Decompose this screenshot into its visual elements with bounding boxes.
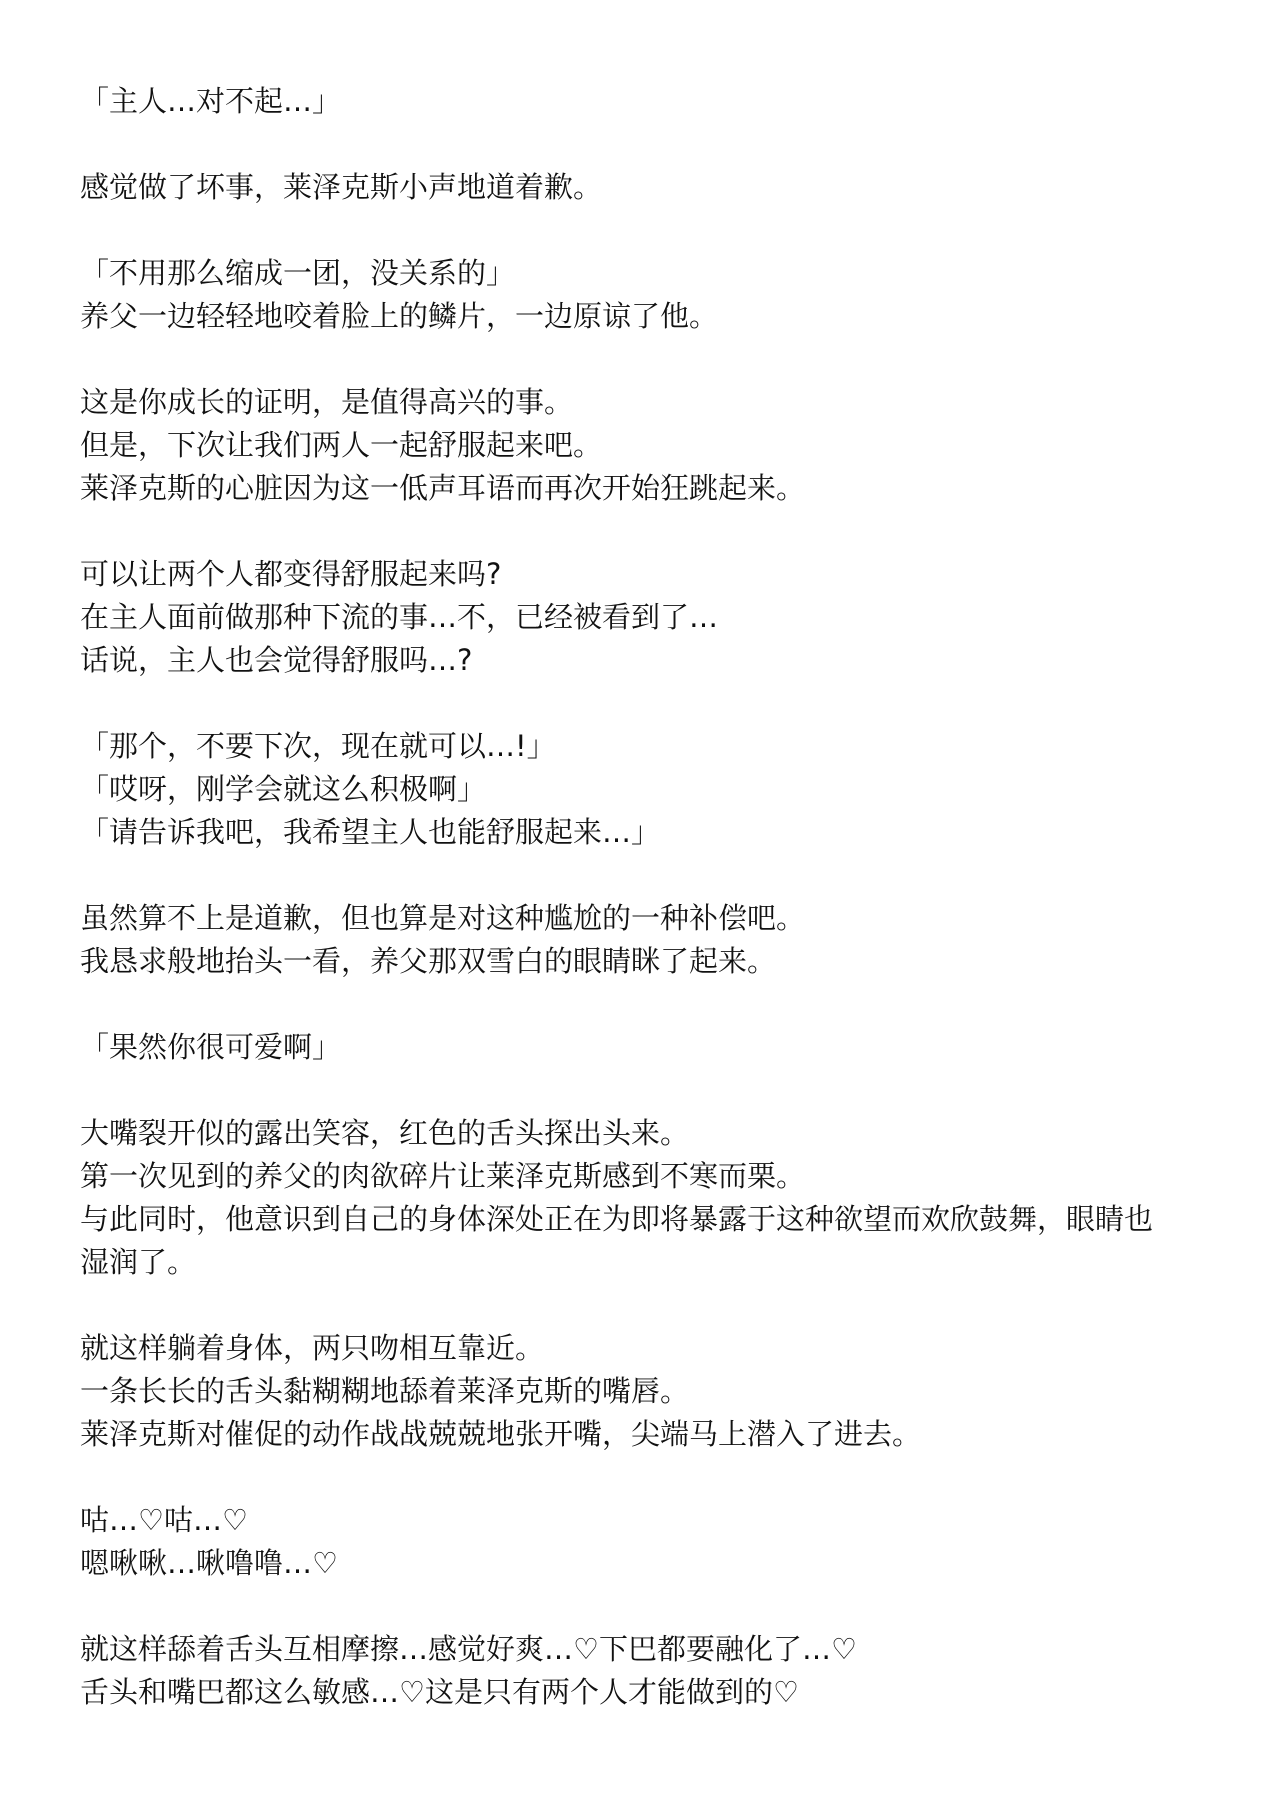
text-line: 莱泽克斯的心脏因为这一低声耳语而再次开始狂跳起来。 [80, 467, 1220, 510]
text-line: 感觉做了坏事，莱泽克斯小声地道着歉。 [80, 166, 1220, 209]
text-line: 湿润了。 [80, 1241, 1220, 1284]
dialogue-line: 「哎呀，刚学会就这么积极啊」 [80, 768, 1220, 811]
blank-line [80, 854, 1220, 897]
blank-line [80, 209, 1220, 252]
text-line: 「主人…对不起…」 [80, 80, 1220, 123]
text-line: 与此同时，他意识到自己的身体深处正在为即将暴露于这种欲望而欢欣鼓舞，眼睛也 [80, 1198, 1220, 1241]
text-line: 嗯啾啾…啾噜噜…♡ [80, 1542, 1220, 1585]
blank-line [80, 123, 1220, 166]
text-line: 咕…♡咕…♡ [80, 1499, 1220, 1542]
blank-line [80, 682, 1220, 725]
text-line: 舌头和嘴巴都这么敏感…♡这是只有两个人才能做到的♡ [80, 1671, 1220, 1714]
dialogue-line: 「那个，不要下次，现在就可以…!」 [80, 725, 1220, 768]
text-line: 在主人面前做那种下流的事…不，已经被看到了… [80, 596, 1220, 639]
text-line: 大嘴裂开似的露出笑容，红色的舌头探出头来。 [80, 1112, 1220, 1155]
dialogue-line: 「请告诉我吧，我希望主人也能舒服起来…」 [80, 811, 1220, 854]
text-line: 就这样躺着身体，两只吻相互靠近。 [80, 1327, 1220, 1370]
blank-line [80, 983, 1220, 1026]
blank-line [80, 1069, 1220, 1112]
blank-line [80, 338, 1220, 381]
document-page: 「主人…对不起…」 感觉做了坏事，莱泽克斯小声地道着歉。 「不用那么缩成一团，没… [80, 80, 1220, 1714]
blank-line [80, 1284, 1220, 1327]
blank-line [80, 1585, 1220, 1628]
text-line: 但是，下次让我们两人一起舒服起来吧。 [80, 424, 1220, 467]
text-line: 「不用那么缩成一团，没关系的」 [80, 252, 1220, 295]
text-line: 虽然算不上是道歉，但也算是对这种尴尬的一种补偿吧。 [80, 897, 1220, 940]
blank-line [80, 1456, 1220, 1499]
text-line: 话说，主人也会觉得舒服吗…? [80, 639, 1220, 682]
text-line: 就这样舔着舌头互相摩擦…感觉好爽…♡下巴都要融化了…♡ [80, 1628, 1220, 1671]
dialogue-line: 「果然你很可爱啊」 [80, 1026, 1220, 1069]
text-line: 莱泽克斯对催促的动作战战兢兢地张开嘴，尖端马上潜入了进去。 [80, 1413, 1220, 1456]
text-line: 养父一边轻轻地咬着脸上的鳞片，一边原谅了他。 [80, 295, 1220, 338]
text-line: 可以让两个人都变得舒服起来吗? [80, 553, 1220, 596]
blank-line [80, 510, 1220, 553]
text-line: 这是你成长的证明，是值得高兴的事。 [80, 381, 1220, 424]
text-line: 一条长长的舌头黏糊糊地舔着莱泽克斯的嘴唇。 [80, 1370, 1220, 1413]
text-line: 第一次见到的养父的肉欲碎片让莱泽克斯感到不寒而栗。 [80, 1155, 1220, 1198]
text-line: 我恳求般地抬头一看，养父那双雪白的眼睛眯了起来。 [80, 940, 1220, 983]
